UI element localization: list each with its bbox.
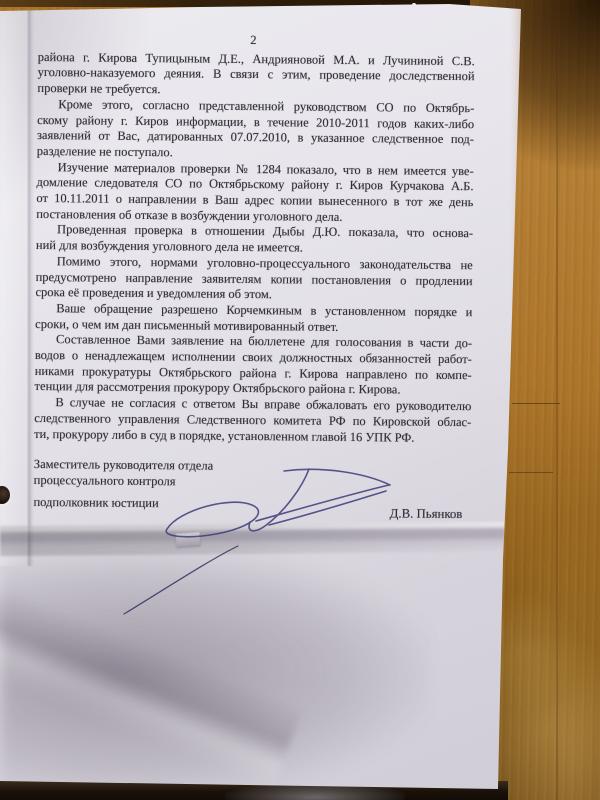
wood-grain-seam bbox=[556, 0, 558, 800]
document-text: 2 района г. Кирова Тупицыным Д.Е., Андри… bbox=[33, 31, 475, 522]
page-number: 2 bbox=[38, 31, 475, 51]
signature-block: Заместитель руководителя отдела процессу… bbox=[33, 457, 471, 522]
signatory-title-line: процессуального контроля bbox=[34, 473, 471, 493]
wood-grain-line bbox=[512, 403, 560, 404]
signatory-rank: подполковник юстиции bbox=[33, 495, 158, 512]
photo-scene: 2 района г. Кирова Тупицыным Д.Е., Андри… bbox=[0, 0, 600, 800]
wood-grain-line bbox=[509, 472, 553, 473]
signatory-name: Д.В. Пьянков bbox=[390, 506, 463, 522]
